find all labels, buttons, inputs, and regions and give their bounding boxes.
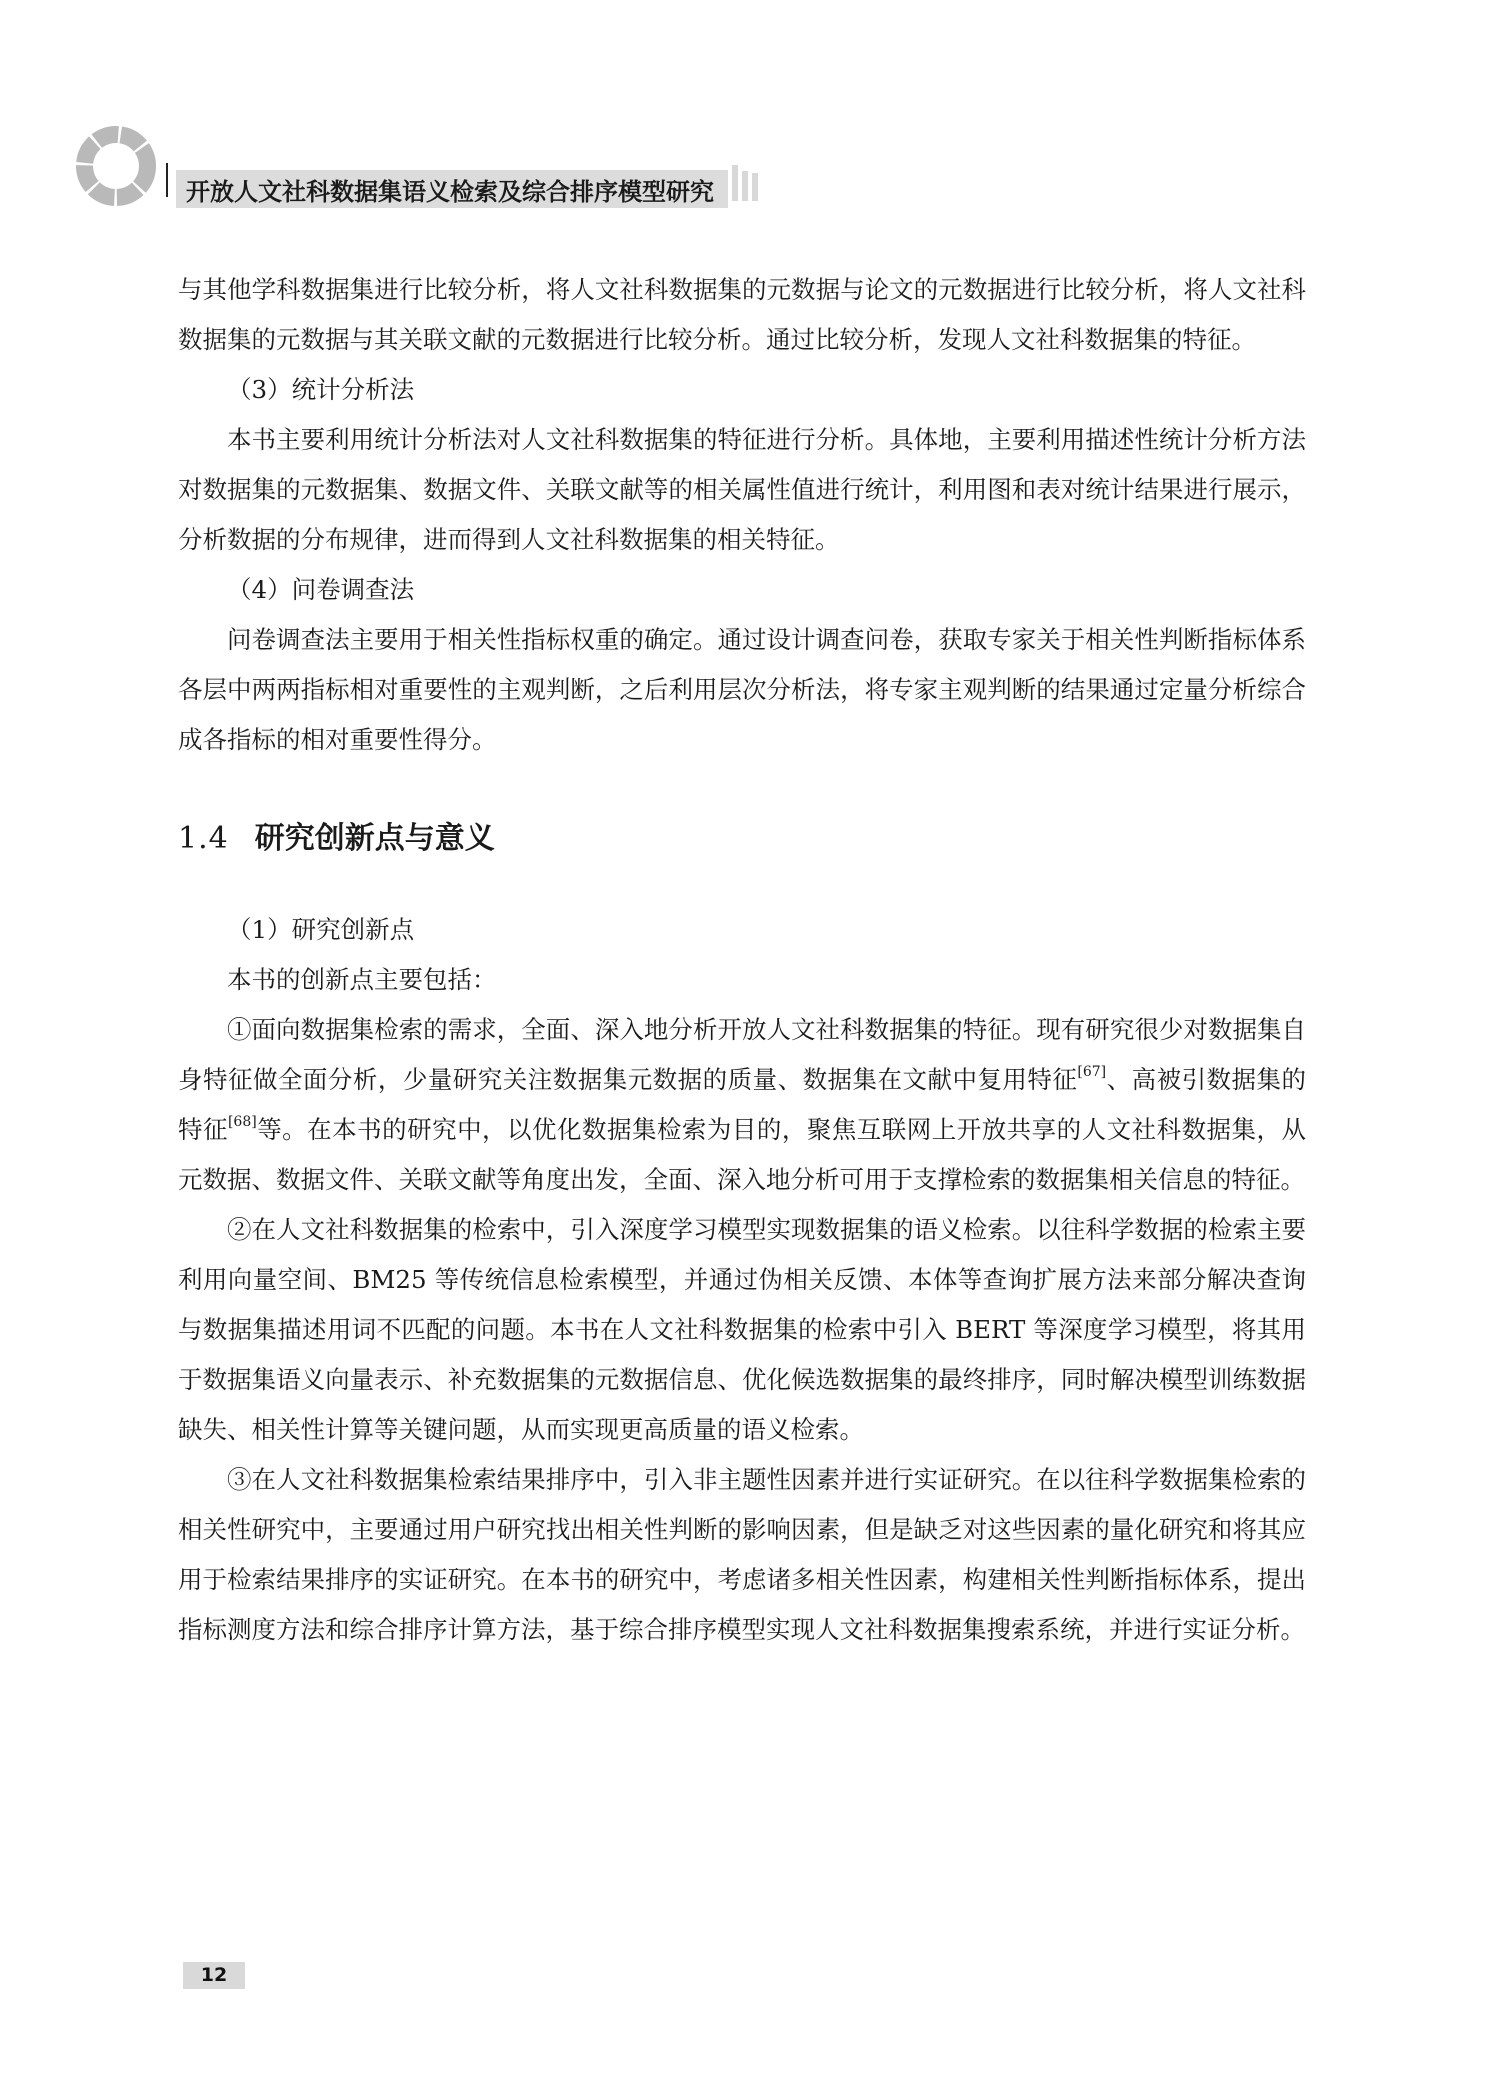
page-content: 与其他学科数据集进行比较分析，将人文社科数据集的元数据与论文的元数据进行比较分析… <box>178 265 1306 1655</box>
page-number: 12 <box>183 1962 245 1989</box>
paragraph-comparative-continuation: 与其他学科数据集进行比较分析，将人文社科数据集的元数据与论文的元数据进行比较分析… <box>178 265 1306 365</box>
subheading-questionnaire: （4）问卷调查法 <box>178 565 1306 615</box>
segmented-ring-icon <box>75 125 157 207</box>
book-title: 开放人文社科数据集语义检索及综合排序模型研究 <box>186 172 714 207</box>
paragraph-statistical-analysis: 本书主要利用统计分析法对人文社科数据集的特征进行分析。具体地，主要利用描述性统计… <box>178 415 1306 565</box>
section-title: 研究创新点与意义 <box>255 821 495 856</box>
innovation-item-1: ①面向数据集检索的需求，全面、深入地分析开放人文社科数据集的特征。现有研究很少对… <box>178 1005 1306 1205</box>
header-title-band: 开放人文社科数据集语义检索及综合排序模型研究 <box>176 170 728 208</box>
subheading-statistical-analysis: （3）统计分析法 <box>178 365 1306 415</box>
section-number: 1.4 <box>178 821 229 856</box>
subheading-innovation: （1）研究创新点 <box>178 905 1306 955</box>
citation-67[interactable]: [67] <box>1077 1064 1106 1080</box>
citation-68[interactable]: [68] <box>228 1114 257 1130</box>
running-header: 开放人文社科数据集语义检索及综合排序模型研究 <box>75 125 795 215</box>
header-decorative-bars <box>732 165 758 201</box>
header-divider <box>166 163 168 197</box>
section-heading: 1.4研究创新点与意义 <box>178 817 1306 861</box>
paragraph-innovation-intro: 本书的创新点主要包括： <box>178 955 1306 1005</box>
paragraph-questionnaire: 问卷调查法主要用于相关性指标权重的确定。通过设计调查问卷，获取专家关于相关性判断… <box>178 615 1306 765</box>
innovation-item-3: ③在人文社科数据集检索结果排序中，引入非主题性因素并进行实证研究。在以往科学数据… <box>178 1455 1306 1655</box>
innovation-item-2: ②在人文社科数据集的检索中，引入深度学习模型实现数据集的语义检索。以往科学数据的… <box>178 1205 1306 1455</box>
